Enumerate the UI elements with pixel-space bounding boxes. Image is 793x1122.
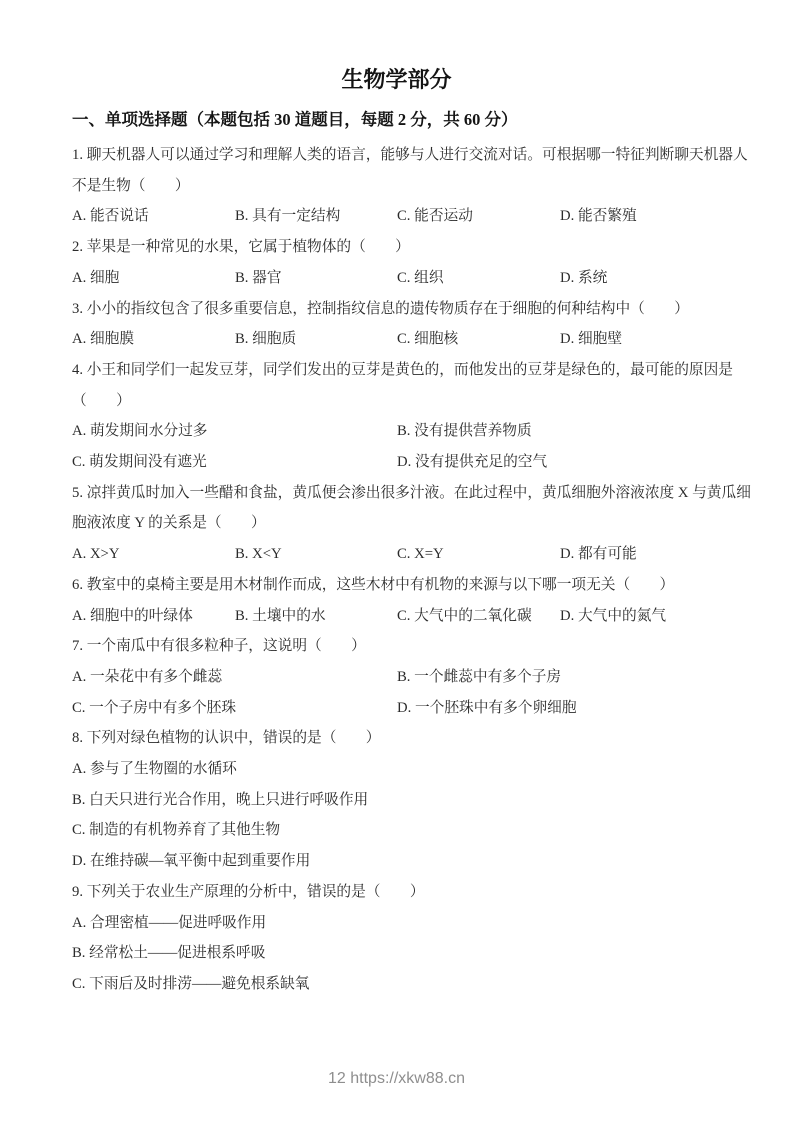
question-1-text-line-1: 1. 聊天机器人可以通过学习和理解人类的语言，能够与人进行交流对话。可根据哪一特…	[72, 140, 722, 171]
question-4-option-c: C. 萌发期间没有遮光	[72, 447, 207, 478]
question-7-option-b: B. 一个雌蕊中有多个子房	[397, 662, 561, 693]
section-heading: 一、单项选择题（本题包括 30 道题目，每题 2 分，共 60 分）	[72, 105, 722, 135]
question-9-text-line-1: 9. 下列关于农业生产原理的分析中，错误的是（ ）	[72, 877, 722, 908]
question-8-option-b: B. 白天只进行光合作用，晚上只进行呼吸作用	[72, 785, 722, 816]
question-2-option-c: C. 组织	[397, 263, 444, 294]
question-3-option-a: A. 细胞膜	[72, 324, 134, 355]
question-9-option-c: C. 下雨后及时排涝——避免根系缺氧	[72, 969, 722, 1000]
question-5-option-c: C. X=Y	[397, 539, 444, 570]
question-1-option-d: D. 能否繁殖	[560, 201, 637, 232]
exam-document-page: 生物学部分 一、单项选择题（本题包括 30 道题目，每题 2 分，共 60 分）…	[0, 0, 793, 1122]
question-4-options-row-2: C. 萌发期间没有遮光 D. 没有提供充足的空气	[72, 447, 722, 478]
question-4-option-a: A. 萌发期间水分过多	[72, 416, 207, 447]
question-8-option-a: A. 参与了生物圈的水循环	[72, 754, 722, 785]
question-4-text-line-1: 4. 小王和同学们一起发豆芽，同学们发出的豆芽是黄色的，而他发出的豆芽是绿色的，…	[72, 355, 722, 386]
question-3-options-row: A. 细胞膜 B. 细胞质 C. 细胞核 D. 细胞壁	[72, 324, 722, 355]
question-6-options-row: A. 细胞中的叶绿体 B. 土壤中的水 C. 大气中的二氧化碳 D. 大气中的氮…	[72, 601, 722, 632]
question-5-option-d: D. 都有可能	[560, 539, 637, 570]
question-9-option-a: A. 合理密植——促进呼吸作用	[72, 908, 722, 939]
question-6-option-b: B. 土壤中的水	[235, 601, 326, 632]
page-footer-url: 12 https://xkw88.cn	[0, 1064, 793, 1094]
question-2-option-a: A. 细胞	[72, 263, 119, 294]
question-2-text-line-1: 2. 苹果是一种常见的水果，它属于植物体的（ ）	[72, 232, 722, 263]
question-4-option-b: B. 没有提供营养物质	[397, 416, 532, 447]
question-2-option-b: B. 器官	[235, 263, 282, 294]
question-4-text-line-2: （ ）	[72, 386, 722, 417]
question-9-option-b: B. 经常松土——促进根系呼吸	[72, 938, 722, 969]
question-6-option-a: A. 细胞中的叶绿体	[72, 601, 193, 632]
question-7-options-row-2: C. 一个子房中有多个胚珠 D. 一个胚珠中有多个卵细胞	[72, 693, 722, 724]
question-8-option-d: D. 在维持碳—氧平衡中起到重要作用	[72, 846, 722, 877]
question-6-option-d: D. 大气中的氮气	[560, 601, 666, 632]
question-5-options-row: A. X>Y B. X<Y C. X=Y D. 都有可能	[72, 539, 722, 570]
question-3-option-b: B. 细胞质	[235, 324, 296, 355]
question-2-options-row: A. 细胞 B. 器官 C. 组织 D. 系统	[72, 263, 722, 294]
question-2-option-d: D. 系统	[560, 263, 607, 294]
question-4-options-row-1: A. 萌发期间水分过多 B. 没有提供营养物质	[72, 416, 722, 447]
question-4-option-d: D. 没有提供充足的空气	[397, 447, 547, 478]
question-list: 1. 聊天机器人可以通过学习和理解人类的语言，能够与人进行交流对话。可根据哪一特…	[72, 140, 722, 1000]
question-7-option-a: A. 一朵花中有多个雌蕊	[72, 662, 222, 693]
question-3-text-line-1: 3. 小小的指纹包含了很多重要信息，控制指纹信息的遗传物质存在于细胞的何种结构中…	[72, 294, 722, 325]
question-8-option-c: C. 制造的有机物养育了其他生物	[72, 815, 722, 846]
page-title: 生物学部分	[0, 64, 793, 96]
question-7-option-c: C. 一个子房中有多个胚珠	[72, 693, 236, 724]
question-3-option-d: D. 细胞壁	[560, 324, 622, 355]
question-7-text-line-1: 7. 一个南瓜中有很多粒种子，这说明（ ）	[72, 631, 722, 662]
question-6-option-c: C. 大气中的二氧化碳	[397, 601, 532, 632]
question-1-option-c: C. 能否运动	[397, 201, 473, 232]
question-3-option-c: C. 细胞核	[397, 324, 458, 355]
question-7-option-d: D. 一个胚珠中有多个卵细胞	[397, 693, 577, 724]
question-5-option-b: B. X<Y	[235, 539, 282, 570]
question-1-option-a: A. 能否说话	[72, 201, 149, 232]
question-5-text-line-2: 胞液浓度 Y 的关系是（ ）	[72, 508, 722, 539]
question-5-text-line-1: 5. 凉拌黄瓜时加入一些醋和食盐，黄瓜便会渗出很多汁液。在此过程中，黄瓜细胞外溶…	[72, 478, 722, 509]
question-1-text-line-2: 不是生物（ ）	[72, 171, 722, 202]
question-8-text-line-1: 8. 下列对绿色植物的认识中，错误的是（ ）	[72, 723, 722, 754]
question-6-text-line-1: 6. 教室中的桌椅主要是用木材制作而成，这些木材中有机物的来源与以下哪一项无关（…	[72, 570, 722, 601]
question-7-options-row-1: A. 一朵花中有多个雌蕊 B. 一个雌蕊中有多个子房	[72, 662, 722, 693]
question-1-option-b: B. 具有一定结构	[235, 201, 340, 232]
question-1-options-row: A. 能否说话 B. 具有一定结构 C. 能否运动 D. 能否繁殖	[72, 201, 722, 232]
question-5-option-a: A. X>Y	[72, 539, 119, 570]
